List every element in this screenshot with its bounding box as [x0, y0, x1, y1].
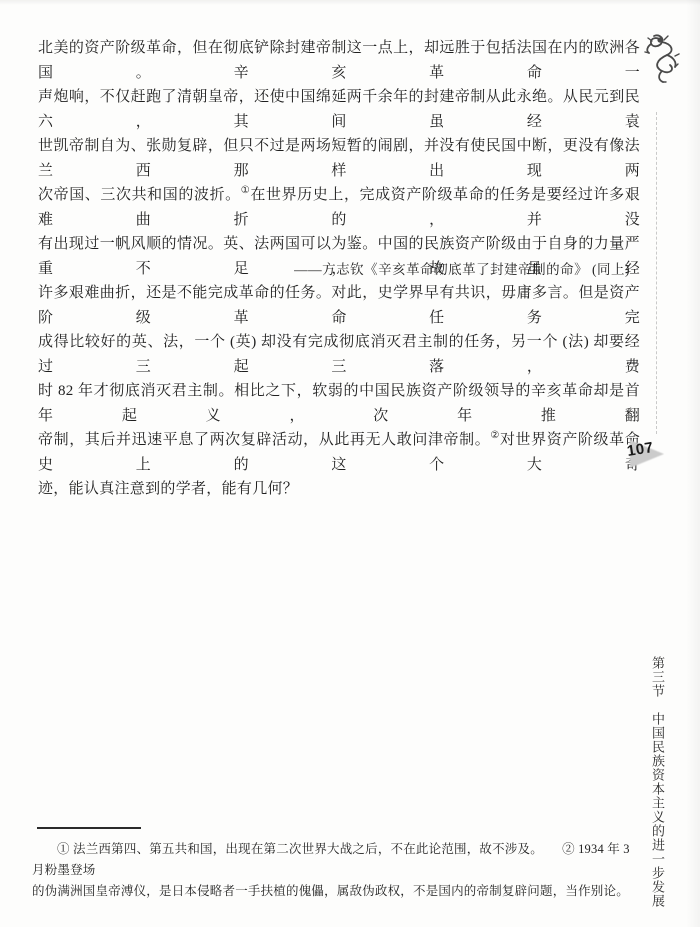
body-line: 世凯帝制自为、张勋复辟，但只不过是两场短暂的闹剧，并没有使民国中断，更没有像法兰…	[38, 134, 640, 183]
body-line: 帝制，其后并迅速平息了两次复辟活动，从此再无人敢问津帝制。②对世界资产阶级革命史…	[38, 428, 640, 477]
body-line: 许多艰难曲折，还是不能完成革命的任务。对此，史学界早有共识，毋庸多言。但是资产阶…	[38, 281, 640, 330]
body-line: 声炮响，不仅赶跑了清朝皇帝，还使中国绵延两千余年的封建帝制从此永绝。从民元到民六…	[38, 85, 640, 134]
body-line: 迹，能认真注意到的学者，能有几何？	[38, 477, 640, 502]
footnote-divider	[37, 827, 141, 829]
footnote-line: 的伪满洲国皇帝溥仪，是日本侵略者一手扶植的傀儡，属敌伪政权，不是国内的帝制复辟问…	[32, 881, 636, 902]
body-line: 北美的资产阶级革命，但在彻底铲除封建帝制这一点上，却远胜于包括法国在内的欧洲各国…	[38, 36, 640, 85]
dragon-ornament-icon	[642, 32, 684, 86]
scan-shadow-top	[0, 0, 700, 5]
attribution-line: ——方志钦《辛亥革命彻底革了封建帝制的命》 (同上)	[38, 258, 630, 278]
body-line: 时 82 年才彻底消灭君主制。相比之下，软弱的中国民族资产阶级领导的辛亥革命却是…	[38, 379, 640, 428]
dashed-vertical-rule	[656, 112, 657, 434]
scan-shadow-right	[686, 0, 700, 927]
book-page: 北美的资产阶级革命，但在彻底铲除封建帝制这一点上，却远胜于包括法国在内的欧洲各国…	[0, 0, 700, 927]
section-title-vertical: 第三节 中国民族资本主义的进一步发展	[648, 656, 667, 916]
body-line: 次帝国、三次共和国的波折。①在世界历史上，完成资产阶级革命的任务是要经过许多艰难…	[38, 183, 640, 232]
page-number-marker: 107	[626, 434, 674, 476]
footnote-line: ① 法兰西第四、第五共和国，出现在第二次世界大战之后，不在此论范围，故不涉及。 …	[32, 839, 636, 881]
body-line: 成得比较好的英、法，一个 (英) 却没有完成彻底消灭君主制的任务，另一个 (法)…	[38, 330, 640, 379]
footnotes: ① 法兰西第四、第五共和国，出现在第二次世界大战之后，不在此论范围，故不涉及。 …	[32, 839, 636, 902]
